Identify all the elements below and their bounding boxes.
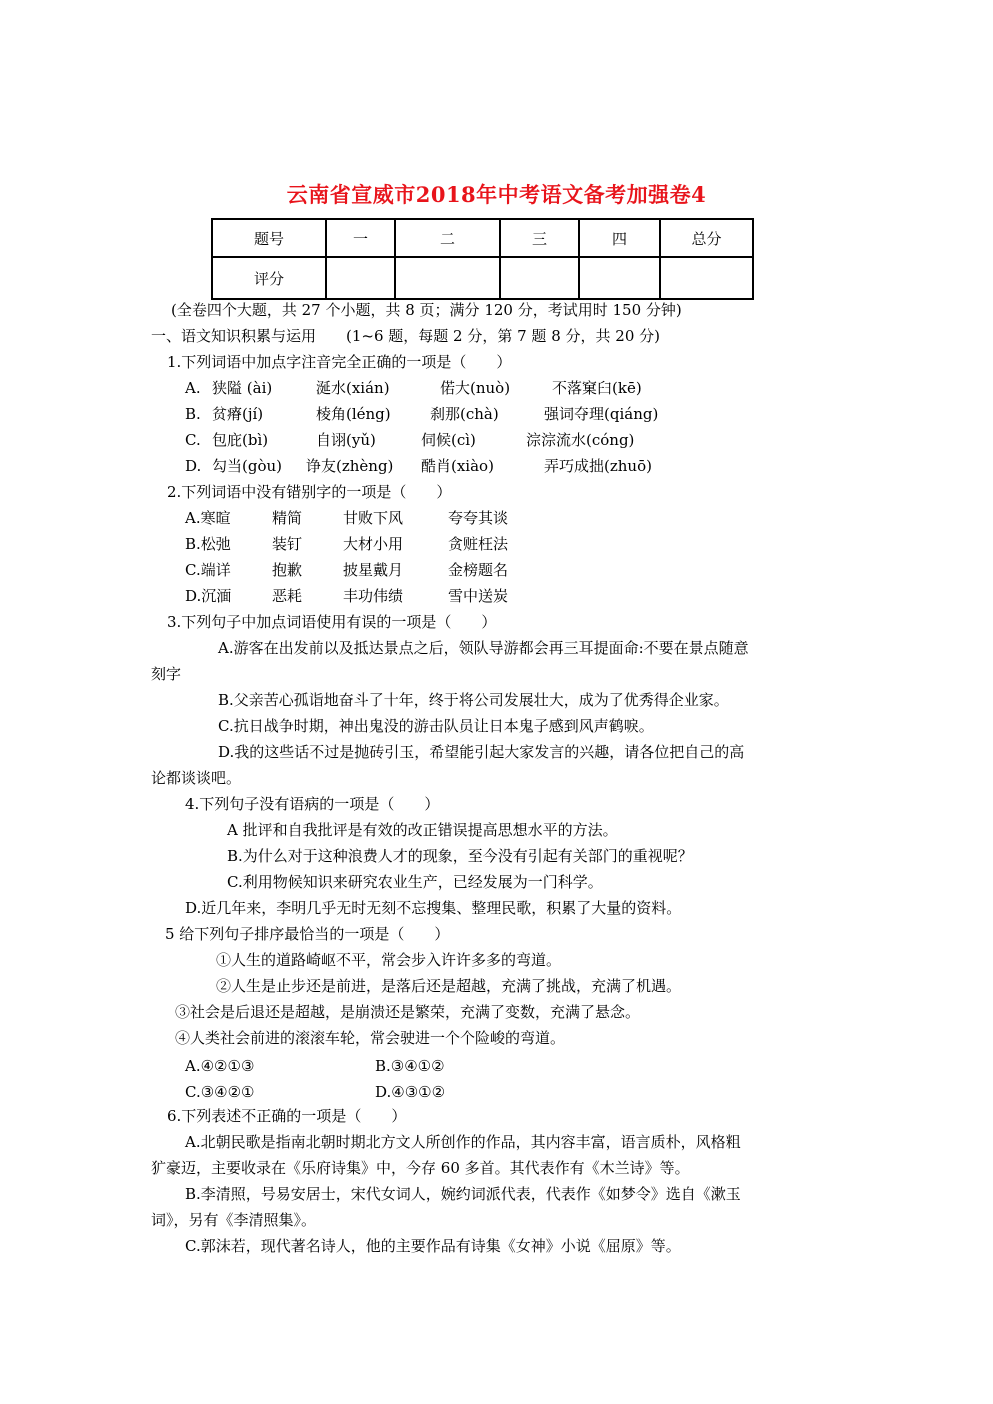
sentence-item: ①人生的道路崎岖不平，常会步入许许多多的弯道。 [216, 950, 561, 970]
option-item: C.端详 [185, 560, 231, 580]
option-item: B.李清照，号易安居士，宋代女词人，婉约词派代表，代表作《如梦令》选自《漱玉 [185, 1184, 741, 1204]
question-stem: 6.下列表述不正确的一项是（ ） [167, 1106, 406, 1126]
score-input-cell [579, 257, 660, 299]
option-item: 诤友(zhèng) [306, 456, 393, 476]
option-item: 精简 [272, 508, 302, 528]
option-item: 夸夸其谈 [448, 508, 508, 528]
score-table-header-row: 题号 一 二 三 四 总分 [212, 219, 753, 257]
option-item: D.近几年来，李明几乎无时无刻不忘搜集、整理民歌，积累了大量的资料。 [185, 898, 681, 918]
question-stem: 3.下列句子中加点词语使用有误的一项是（ ） [167, 612, 496, 632]
option-item: 伺候(cì) [421, 430, 476, 450]
option-label: A. [185, 378, 201, 398]
score-cell: 总分 [660, 219, 753, 257]
exam-page: 云南省宣威市2018年中考语文备考加强卷4 题号 一 二 三 四 总分 评分 (… [0, 0, 993, 1404]
option-item: B.父亲苦心孤诣地奋斗了十年，终于将公司发展壮大，成为了优秀得企业家。 [218, 690, 729, 710]
option-item: A.游客在出发前以及抵达景点之后，领队导游都会再三耳提面命:不要在景点随意 [218, 638, 749, 658]
option-item: 贪赃枉法 [448, 534, 508, 554]
option-item: A.④②①③ [185, 1056, 254, 1076]
question-stem: 1.下列词语中加点字注音完全正确的一项是（ ） [167, 352, 511, 372]
option-label: C. [185, 430, 201, 450]
question-stem: 4.下列句子没有语病的一项是（ ） [185, 794, 439, 814]
option-item: 包庇(bì) [212, 430, 268, 450]
option-item: 勾当(gòu) [212, 456, 282, 476]
option-item-continued: 犷豪迈，主要收录在《乐府诗集》中，今存 60 多首。其代表作有《木兰诗》等。 [151, 1158, 690, 1178]
option-item: 金榜题名 [448, 560, 508, 580]
option-item-continued: 论都谈谈吧。 [151, 768, 241, 788]
exam-title: 云南省宣威市2018年中考语文备考加强卷4 [0, 180, 993, 210]
option-label: D. [185, 456, 201, 476]
option-item: C.③④②① [185, 1082, 255, 1102]
option-item: 强词夺理(qiáng) [544, 404, 658, 424]
question-stem: 5 给下列句子排序最恰当的一项是（ ） [165, 924, 449, 944]
option-item: C.抗日战争时期，神出鬼没的游击队员让日本鬼子感到风声鹤唳。 [218, 716, 654, 736]
sentence-item: ②人生是止步还是前进，是落后还是超越，充满了挑战，充满了机遇。 [216, 976, 681, 996]
option-item: 棱角(léng) [316, 404, 391, 424]
option-item: D.我的这些话不过是抛砖引玉，希望能引起大家发言的兴趣，请各位把自己的高 [218, 742, 744, 762]
score-input-cell [660, 257, 753, 299]
score-input-cell [395, 257, 500, 299]
option-item: 雪中送炭 [448, 586, 508, 606]
score-cell: 三 [500, 219, 579, 257]
option-item: 偌大(nuò) [440, 378, 510, 398]
option-item-continued: 刻字 [151, 664, 181, 684]
option-item: 恶耗 [272, 586, 302, 606]
option-item: 自诩(yǔ) [316, 430, 376, 450]
option-item: 披星戴月 [343, 560, 403, 580]
option-item: C.郭沫若，现代著名诗人，他的主要作品有诗集《女神》小说《屈原》等。 [185, 1236, 681, 1256]
option-item: 甘败下风 [343, 508, 403, 528]
sentence-item: ④人类社会前进的滚滚车轮，常会驶进一个个险峻的弯道。 [175, 1028, 565, 1048]
score-input-cell [326, 257, 395, 299]
score-cell: 二 [395, 219, 500, 257]
option-item: B.松弛 [185, 534, 231, 554]
option-item: 狭隘 (ài) [212, 378, 272, 398]
option-item-continued: 词》，另有《李清照集》。 [151, 1210, 316, 1230]
option-item: 丰功伟绩 [343, 586, 403, 606]
section-heading: 一、语文知识积累与运用 (1~6 题，每题 2 分，第 7 题 8 分，共 20… [151, 326, 660, 346]
option-item: 不落窠臼(kē) [552, 378, 642, 398]
score-table: 题号 一 二 三 四 总分 评分 [211, 218, 754, 300]
option-item: D.沉湎 [185, 586, 231, 606]
score-cell: 评分 [212, 257, 326, 299]
option-item: A.寒暄 [185, 508, 231, 528]
sentence-item: ③社会是后退还是超越，是崩溃还是繁荣，充满了变数，充满了悬念。 [175, 1002, 640, 1022]
option-item: 刹那(chà) [430, 404, 499, 424]
option-item: 大材小用 [343, 534, 403, 554]
option-item: A.北朝民歌是指南北朝时期北方文人所创作的作品，其内容丰富，语言质朴，风格粗 [185, 1132, 741, 1152]
option-item: 涎水(xián) [316, 378, 390, 398]
option-item: 装钉 [272, 534, 302, 554]
option-item: 弄巧成拙(zhuō) [544, 456, 652, 476]
score-table-score-row: 评分 [212, 257, 753, 299]
option-item: 淙淙流水(cóng) [526, 430, 634, 450]
score-input-cell [500, 257, 579, 299]
option-item: D.④③①② [375, 1082, 445, 1102]
option-label: B. [185, 404, 201, 424]
option-item: A 批评和自我批评是有效的改正错误提高思想水平的方法。 [227, 820, 618, 840]
score-cell: 四 [579, 219, 660, 257]
score-cell: 题号 [212, 219, 326, 257]
question-stem: 2.下列词语中没有错别字的一项是（ ） [167, 482, 451, 502]
option-item: B.为什么对于这种浪费人才的现象，至今没有引起有关部门的重视呢？ [227, 846, 693, 866]
option-item: B.③④①② [375, 1056, 445, 1076]
score-cell: 一 [326, 219, 395, 257]
option-item: C.利用物候知识来研究农业生产，已经发展为一门科学。 [227, 872, 603, 892]
exam-note: (全卷四个大题，共 27 个小题，共 8 页；满分 120 分，考试用时 150… [171, 300, 682, 320]
option-item: 酷肖(xiào) [421, 456, 494, 476]
option-item: 抱歉 [272, 560, 302, 580]
option-item: 贫瘠(jí) [212, 404, 263, 424]
